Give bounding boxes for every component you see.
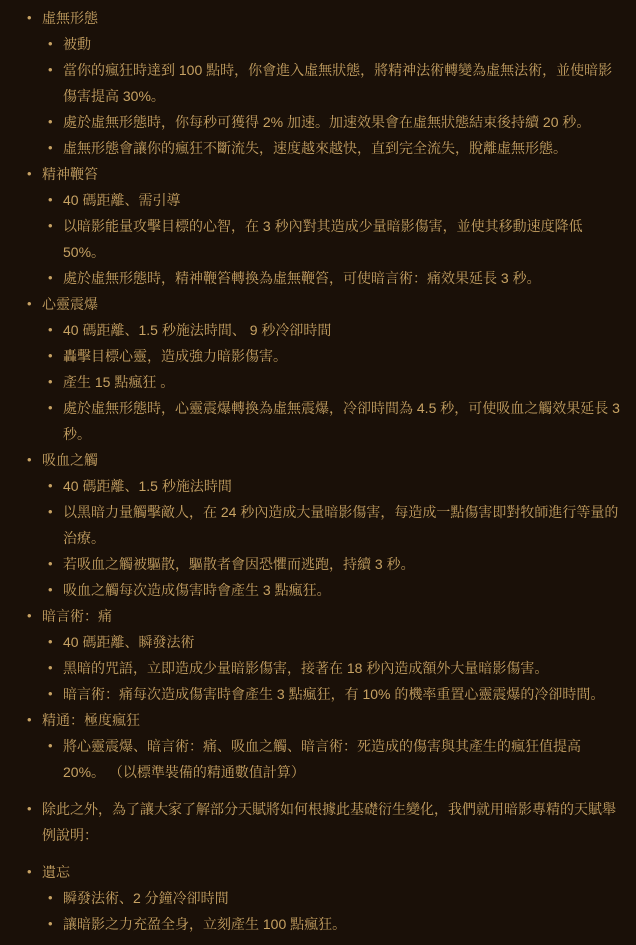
- ability-details: 40 碼距離、1.5 秒施法時間、 9 秒冷卻時間 轟擊目標心靈，造成強力暗影傷…: [42, 317, 626, 447]
- ability-item-voidform: 虛無形態 被動 當你的瘋狂時達到 100 點時，你會進入虛無狀態，將精神法術轉變…: [42, 5, 626, 161]
- ability-title: 精神鞭笞: [42, 166, 98, 182]
- talent-detail: 讓暗影之力充盈全身，立刻產生 100 點瘋狂。: [63, 911, 626, 937]
- ability-detail-text: 當你的瘋狂時達到 100 點時，你會進入虛無狀態，將精神法術轉變為虛無法術，並使…: [63, 62, 612, 104]
- ability-title: 心靈震爆: [42, 296, 98, 312]
- ability-detail-text: 處於虛無形態時，你每秒可獲得 2% 加速。加速效果會在虛無狀態結束後持續 20 …: [63, 114, 590, 130]
- ability-detail-text: 被動: [63, 36, 91, 52]
- ability-detail-text: 產生 15 點瘋狂 。: [63, 374, 174, 390]
- ability-detail: 黑暗的咒語，立即造成少量暗影傷害，接著在 18 秒內造成額外大量暗影傷害。: [63, 655, 626, 681]
- ability-detail-text: 黑暗的咒語，立即造成少量暗影傷害，接著在 18 秒內造成額外大量暗影傷害。: [63, 660, 548, 676]
- talent-title: 遺忘: [42, 864, 70, 880]
- ability-details: 40 碼距離、1.5 秒施法時間 以黑暗力量觸擊敵人，在 24 秒內造成大量暗影…: [42, 473, 626, 603]
- ability-details: 40 碼距離、瞬發法術 黑暗的咒語，立即造成少量暗影傷害，接著在 18 秒內造成…: [42, 629, 626, 707]
- ability-detail: 將心靈震爆、暗言術：痛、吸血之觸、暗言術：死造成的傷害與其產生的瘋狂值提高 20…: [63, 733, 626, 785]
- ability-detail-text: 暗言術：痛每次造成傷害時會產生 3 點瘋狂，有 10% 的機率重置心靈震爆的冷卻…: [63, 686, 604, 702]
- ability-detail: 處於虛無形態時，心靈震爆轉換為虛無震爆，冷卻時間為 4.5 秒，可使吸血之觸效果…: [63, 395, 626, 447]
- ability-detail: 40 碼距離、1.5 秒施法時間: [63, 473, 626, 499]
- ability-detail-text: 處於虛無形態時，精神鞭笞轉換為虛無鞭笞，可使暗言術：痛效果延長 3 秒。: [63, 270, 541, 286]
- ability-item-mastery: 精通：極度瘋狂 將心靈震爆、暗言術：痛、吸血之觸、暗言術：死造成的傷害與其產生的…: [42, 707, 626, 785]
- ability-details: 被動 當你的瘋狂時達到 100 點時，你會進入虛無狀態，將精神法術轉變為虛無法術…: [42, 31, 626, 161]
- talent-item-oblivion: 遺忘 瞬發法術、2 分鐘冷卻時間 讓暗影之力充盈全身，立刻產生 100 點瘋狂。: [42, 859, 626, 937]
- ability-title: 暗言術：痛: [42, 608, 112, 624]
- ability-title: 吸血之觸: [42, 452, 98, 468]
- ability-detail-text: 若吸血之觸被驅散，驅散者會因恐懼而逃跑，持續 3 秒。: [63, 556, 415, 572]
- ability-detail: 40 碼距離、需引導: [63, 187, 626, 213]
- ability-detail: 40 碼距離、1.5 秒施法時間、 9 秒冷卻時間: [63, 317, 626, 343]
- talent-details: 瞬發法術、2 分鐘冷卻時間 讓暗影之力充盈全身，立刻產生 100 點瘋狂。: [42, 885, 626, 937]
- ability-details: 將心靈震爆、暗言術：痛、吸血之觸、暗言術：死造成的傷害與其產生的瘋狂值提高 20…: [42, 733, 626, 785]
- ability-detail-text: 40 碼距離、瞬發法術: [63, 634, 194, 650]
- ability-details: 40 碼距離、需引導 以暗影能量攻擊目標的心智，在 3 秒內對其造成少量暗影傷害…: [42, 187, 626, 291]
- ability-detail: 40 碼距離、瞬發法術: [63, 629, 626, 655]
- ability-detail: 以黑暗力量觸擊敵人，在 24 秒內造成大量暗影傷害，每造成一點傷害即對牧師進行等…: [63, 499, 626, 551]
- ability-detail: 被動: [63, 31, 626, 57]
- ability-detail: 以暗影能量攻擊目標的心智，在 3 秒內對其造成少量暗影傷害，並使其移動速度降低 …: [63, 213, 626, 265]
- ability-detail-text: 40 碼距離、1.5 秒施法時間: [63, 478, 232, 494]
- ability-detail-text: 將心靈震爆、暗言術：痛、吸血之觸、暗言術：死造成的傷害與其產生的瘋狂值提高 20…: [63, 738, 581, 780]
- abilities-list: 虛無形態 被動 當你的瘋狂時達到 100 點時，你會進入虛無狀態，將精神法術轉變…: [0, 5, 626, 785]
- ability-detail: 暗言術：痛每次造成傷害時會產生 3 點瘋狂，有 10% 的機率重置心靈震爆的冷卻…: [63, 681, 626, 707]
- talent-detail-text: 瞬發法術、2 分鐘冷卻時間: [63, 890, 229, 906]
- talent-detail-text: 讓暗影之力充盈全身，立刻產生 100 點瘋狂。: [63, 916, 346, 932]
- ability-detail: 處於虛無形態時，你每秒可獲得 2% 加速。加速效果會在虛無狀態結束後持續 20 …: [63, 109, 626, 135]
- ability-detail: 當你的瘋狂時達到 100 點時，你會進入虛無狀態，將精神法術轉變為虛無法術，並使…: [63, 57, 626, 109]
- ability-detail-text: 處於虛無形態時，心靈震爆轉換為虛無震爆，冷卻時間為 4.5 秒，可使吸血之觸效果…: [63, 400, 620, 442]
- ability-detail: 處於虛無形態時，精神鞭笞轉換為虛無鞭笞，可使暗言術：痛效果延長 3 秒。: [63, 265, 626, 291]
- ability-detail: 轟擊目標心靈，造成強力暗影傷害。: [63, 343, 626, 369]
- note-list: 除此之外，為了讓大家了解部分天賦將如何根據此基礎衍生變化，我們就用暗影專精的天賦…: [0, 796, 626, 848]
- ability-item-vampiric-touch: 吸血之觸 40 碼距離、1.5 秒施法時間 以黑暗力量觸擊敵人，在 24 秒內造…: [42, 447, 626, 603]
- ability-detail-text: 40 碼距離、需引導: [63, 192, 180, 208]
- ability-detail-text: 虛無形態會讓你的瘋狂不斷流失，速度越來越快，直到完全流失，脫離虛無形態。: [63, 140, 567, 156]
- ability-detail: 虛無形態會讓你的瘋狂不斷流失，速度越來越快，直到完全流失，脫離虛無形態。: [63, 135, 626, 161]
- ability-detail: 若吸血之觸被驅散，驅散者會因恐懼而逃跑，持續 3 秒。: [63, 551, 626, 577]
- ability-item-mind-blast: 心靈震爆 40 碼距離、1.5 秒施法時間、 9 秒冷卻時間 轟擊目標心靈，造成…: [42, 291, 626, 447]
- talent-list: 遺忘 瞬發法術、2 分鐘冷卻時間 讓暗影之力充盈全身，立刻產生 100 點瘋狂。: [0, 859, 626, 937]
- ability-detail-text: 40 碼距離、1.5 秒施法時間、 9 秒冷卻時間: [63, 322, 331, 338]
- ability-detail: 吸血之觸每次造成傷害時會產生 3 點瘋狂。: [63, 577, 626, 603]
- note-text: 除此之外，為了讓大家了解部分天賦將如何根據此基礎衍生變化，我們就用暗影專精的天賦…: [42, 801, 616, 843]
- ability-item-mind-flay: 精神鞭笞 40 碼距離、需引導 以暗影能量攻擊目標的心智，在 3 秒內對其造成少…: [42, 161, 626, 291]
- article-body: 虛無形態 被動 當你的瘋狂時達到 100 點時，你會進入虛無狀態，將精神法術轉變…: [0, 0, 636, 945]
- note-item: 除此之外，為了讓大家了解部分天賦將如何根據此基礎衍生變化，我們就用暗影專精的天賦…: [42, 796, 626, 848]
- ability-detail-text: 以暗影能量攻擊目標的心智，在 3 秒內對其造成少量暗影傷害，並使其移動速度降低 …: [63, 218, 583, 260]
- ability-detail: 產生 15 點瘋狂 。: [63, 369, 626, 395]
- ability-detail-text: 吸血之觸每次造成傷害時會產生 3 點瘋狂。: [63, 582, 331, 598]
- talent-detail: 瞬發法術、2 分鐘冷卻時間: [63, 885, 626, 911]
- ability-item-shadow-word-pain: 暗言術：痛 40 碼距離、瞬發法術 黑暗的咒語，立即造成少量暗影傷害，接著在 1…: [42, 603, 626, 707]
- ability-title: 虛無形態: [42, 10, 98, 26]
- ability-title: 精通：極度瘋狂: [42, 712, 140, 728]
- ability-detail-text: 以黑暗力量觸擊敵人，在 24 秒內造成大量暗影傷害，每造成一點傷害即對牧師進行等…: [63, 504, 618, 546]
- ability-detail-text: 轟擊目標心靈，造成強力暗影傷害。: [63, 348, 287, 364]
